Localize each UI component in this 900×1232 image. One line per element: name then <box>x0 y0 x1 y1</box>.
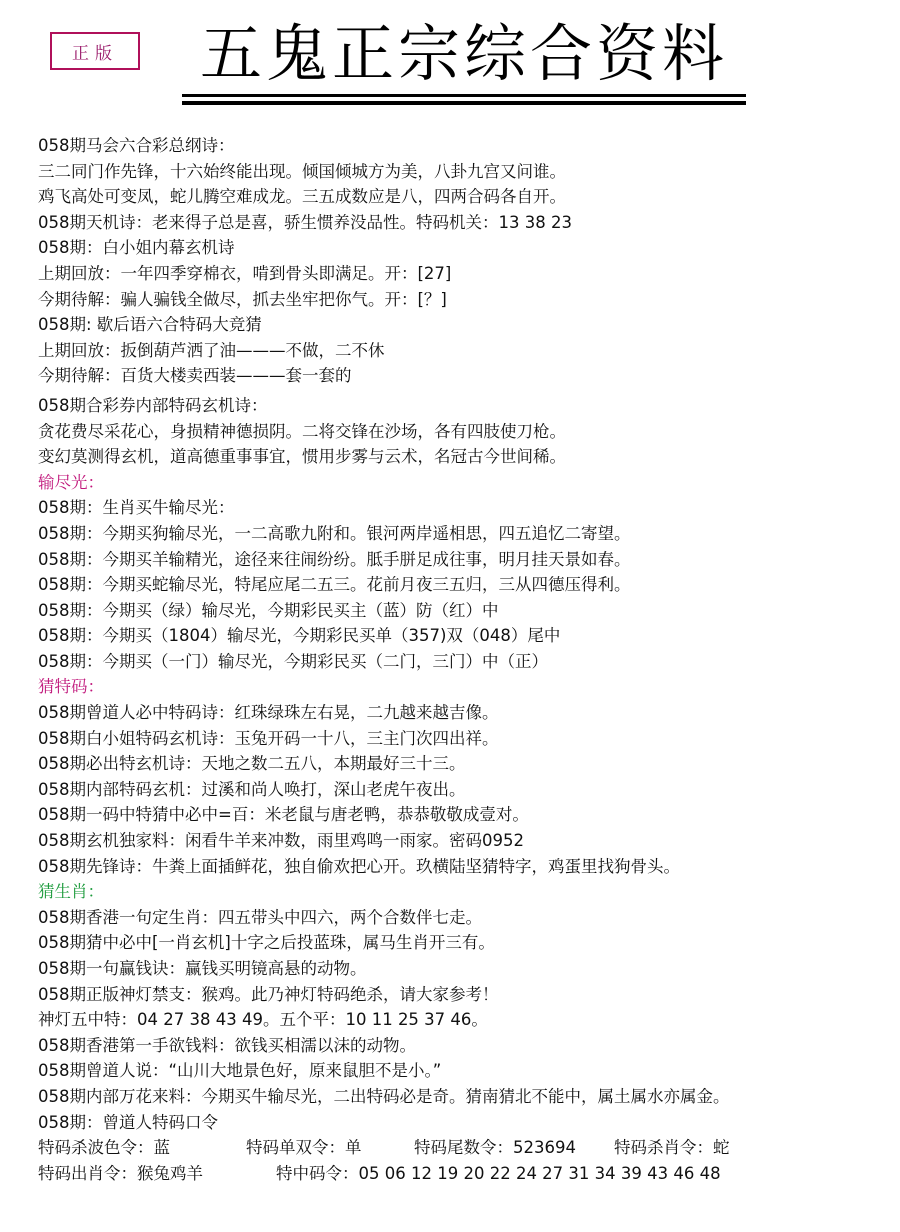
list-item: 058期曾道人说：“山川大地景色好，原来鼠胆不是小。” <box>38 1058 888 1084</box>
section-heading-guess-zodiac: 猜生肖： <box>38 879 888 905</box>
list-item: 058期一码中特猜中必中=百：米老鼠与唐老鸭，恭恭敬敬成壹对。 <box>38 802 888 828</box>
list-item: 058期：曾道人特码口令 <box>38 1110 888 1136</box>
document-body: 058期马会六合彩总纲诗： 三二同门作先锋，十六始终能出现。倾国倾城方为美，八卦… <box>38 133 888 1186</box>
list-item: 058期猜中必中[一肖玄机]十字之后投蓝珠，属马生肖开三有。 <box>38 930 888 956</box>
list-item: 058期：今期买狗输尽光，一二高歌九附和。银河两岸遥相思，四五追忆二寄望。 <box>38 521 888 547</box>
heaven-poem-line: 058期天机诗：老来得子总是喜，骄生惯养没品性。特码机关：13 38 23 <box>38 210 888 236</box>
list-item: 058期香港一句定生肖：四五带头中四六，两个合数伴七走。 <box>38 905 888 931</box>
list-item: 058期：今期买羊输精光，途径来往闹纷纷。胝手胼足成往事，明月挂天景如春。 <box>38 547 888 573</box>
list-item: 058期内部特码玄机：过溪和尚人唤打，深山老虎午夜出。 <box>38 777 888 803</box>
poem-heading: 058期马会六合彩总纲诗： <box>38 133 888 159</box>
section-heading-guess-special: 猜特码： <box>38 674 888 700</box>
section-heading-lose-all: 输尽光： <box>38 470 888 496</box>
inside-poem-heading: 058期合彩券内部特码玄机诗： <box>38 393 888 419</box>
command-row: 特码出肖令：猴兔鸡羊 特中码令：05 06 12 19 20 22 24 27 … <box>38 1161 888 1187</box>
current-period-riddle: 今期待解：骗人骗钱全做尽，抓去坐牢把你气。开：[？] <box>38 287 888 313</box>
list-item: 058期曾道人必中特码诗：红珠绿珠左右晃，二九越来越吉像。 <box>38 700 888 726</box>
list-item: 058期：今期买（1804）输尽光，今期彩民买单（357)双（048）尾中 <box>38 623 888 649</box>
list-item: 神灯五中特：04 27 38 43 49。五个平：10 11 25 37 46。 <box>38 1007 888 1033</box>
list-item: 058期：今期买（一门）输尽光，今期彩民买（二门，三门）中（正） <box>38 649 888 675</box>
baixiaojie-heading: 058期：白小姐内幕玄机诗 <box>38 235 888 261</box>
last-period-replay: 上期回放：扳倒葫芦洒了油———不做，二不休 <box>38 338 888 364</box>
list-item: 058期白小姐特码玄机诗：玉兔开码一十八，三主门次四出祥。 <box>38 726 888 752</box>
odd-even-command: 特码单双令：单 <box>246 1135 414 1161</box>
list-item: 058期一句赢钱诀：赢钱买明镜高悬的动物。 <box>38 956 888 982</box>
zodiac-out-command: 特码出肖令：猴兔鸡羊 <box>38 1161 276 1187</box>
list-item: 058期正版神灯禁支：猴鸡。此乃神灯特码绝杀，请大家参考！ <box>38 982 888 1008</box>
poem-line: 贪花费尽采花心，身损精神德损阴。二将交锋在沙场，各有四肢使刀枪。 <box>38 419 888 445</box>
title-underline-thick <box>182 101 746 105</box>
official-edition-badge: 正版 <box>50 32 140 70</box>
list-item: 058期内部万花来料：今期买牛输尽光，二出特码必是奇。猜南猜北不能中，属土属水亦… <box>38 1084 888 1110</box>
tail-number-command: 特码尾数令：523694 <box>414 1135 614 1161</box>
list-item: 058期必出特玄机诗：天地之数二五八，本期最好三十三。 <box>38 751 888 777</box>
command-row: 特码杀波色令：蓝 特码单双令：单 特码尾数令：523694 特码杀肖令：蛇 <box>38 1135 888 1161</box>
list-item: 058期：生肖买牛输尽光： <box>38 495 888 521</box>
poem-line: 鸡飞高处可变凤，蛇儿腾空难成龙。三五成数应是八，四两合码各自开。 <box>38 184 888 210</box>
xiehouyu-heading: 058期: 歇后语六合特码大竞猜 <box>38 312 888 338</box>
kill-zodiac-command: 特码杀肖令：蛇 <box>614 1135 730 1161</box>
page-title: 五鬼正宗综合资料 <box>182 22 746 86</box>
list-item: 058期先锋诗：牛粪上面插鲜花，独自偷欢把心开。玖横陆坚猜特字，鸡蛋里找狗骨头。 <box>38 854 888 880</box>
list-item: 058期香港第一手欲钱料：欲钱买相濡以沫的动物。 <box>38 1033 888 1059</box>
current-period-riddle: 今期待解：百货大楼卖西装———套一套的 <box>38 363 888 389</box>
list-item: 058期玄机独家料：闲看牛羊来冲数，雨里鸡鸣一雨家。密码0952 <box>38 828 888 854</box>
poem-line: 变幻莫测得玄机，道高德重事事宜，惯用步雾与云术，名冠古今世间稀。 <box>38 444 888 470</box>
kill-color-command: 特码杀波色令：蓝 <box>38 1135 246 1161</box>
special-numbers-command: 特中码令：05 06 12 19 20 22 24 27 31 34 39 43… <box>276 1161 721 1187</box>
list-item: 058期：今期买（绿）输尽光，今期彩民买主（蓝）防（红）中 <box>38 598 888 624</box>
title-underline-thin <box>182 94 746 97</box>
list-item: 058期：今期买蛇输尽光，特尾应尾二五三。花前月夜三五归，三从四德压得利。 <box>38 572 888 598</box>
last-period-replay: 上期回放：一年四季穿棉衣，啃到骨头即满足。开：[27] <box>38 261 888 287</box>
poem-line: 三二同门作先锋，十六始终能出现。倾国倾城方为美，八卦九宫又问谁。 <box>38 159 888 185</box>
